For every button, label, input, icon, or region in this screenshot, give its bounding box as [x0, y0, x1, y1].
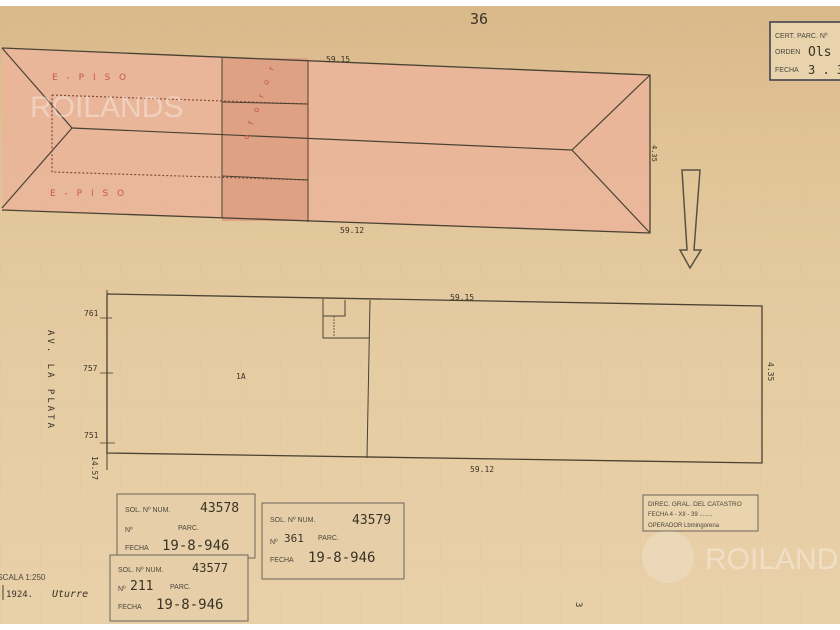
svg-text:FECHA 4 - XII - 39 ........: FECHA 4 - XII - 39 ........: [648, 512, 713, 518]
svg-text:DIREC. GRAL. DEL CATASTRO: DIREC. GRAL. DEL CATASTRO: [648, 501, 742, 508]
corner-stamp: CERT. PARC. Nº ORDEN Ols FECHA 3 . 3: [770, 22, 840, 80]
svg-text:361: 361: [284, 532, 304, 545]
svg-text:PARC.: PARC.: [318, 535, 339, 542]
svg-text:FECHA: FECHA: [270, 557, 294, 564]
svg-text:SOL. Nº NUM.: SOL. Nº NUM.: [270, 517, 315, 524]
upper-roof-plan: E - P I S O E - P I S O o f o r o r 59.1…: [2, 48, 658, 235]
svg-text:211: 211: [130, 579, 153, 594]
application-stamp-3: SOL. Nº NUM. 43577 Nº 211 PARC. FECHA 19…: [110, 555, 248, 621]
upper-bottom-dimension: 59.12: [340, 226, 364, 235]
svg-text:FECHA: FECHA: [125, 545, 149, 552]
svg-text:SOL. Nº NUM.: SOL. Nº NUM.: [125, 507, 170, 514]
door-number-3: 751: [84, 431, 99, 440]
lot-label: 1A: [236, 372, 246, 381]
upper-floor-label: E - P I S O: [52, 73, 129, 83]
lower-bottom-dimension: 59.12: [470, 465, 494, 474]
svg-text:3 . 3: 3 . 3: [808, 63, 840, 77]
svg-text:19-8-946: 19-8-946: [156, 597, 223, 613]
svg-text:OPERADOR Lbmingorena: OPERADOR Lbmingorena: [648, 523, 720, 529]
watermark-logo: [642, 531, 694, 583]
svg-text:SOL. Nº NUM.: SOL. Nº NUM.: [118, 567, 163, 574]
scale-note: ESCALA 1:250: [0, 573, 46, 582]
margin-mark: 3: [573, 602, 583, 607]
svg-text:43578: 43578: [200, 501, 239, 516]
svg-text:Ols: Ols: [808, 45, 831, 60]
lower-right-dimension: 4.35: [766, 362, 775, 381]
watermark-top: ROILANDS: [30, 91, 183, 124]
svg-text:ORDEN: ORDEN: [775, 49, 800, 56]
door-number-1: 761: [84, 309, 99, 318]
svg-text:FECHA: FECHA: [118, 604, 142, 611]
upper-right-dimension: 4.35: [650, 145, 658, 162]
svg-text:PARC.: PARC.: [170, 584, 191, 591]
svg-text:PARC.: PARC.: [178, 525, 199, 532]
svg-text:19-8-946: 19-8-946: [162, 538, 229, 554]
application-stamp-2: SOL. Nº NUM. 43579 Nº 361 PARC. FECHA 19…: [262, 503, 404, 579]
svg-text:43579: 43579: [352, 513, 391, 528]
page-number: 36: [470, 10, 488, 28]
svg-text:FECHA: FECHA: [775, 67, 799, 74]
signature: Uturre: [52, 589, 88, 600]
lower-top-dimension: 59.15: [450, 293, 474, 302]
svg-text:Nº: Nº: [125, 527, 133, 534]
svg-text:Nº: Nº: [118, 586, 126, 593]
corner-dimension: 14.57: [90, 456, 99, 480]
year-note: 1924.: [6, 590, 33, 600]
lower-floor-label: E - P I S O: [50, 189, 127, 199]
door-number-2: 757: [83, 364, 98, 373]
watermark-bottom: ROILANDS: [705, 543, 840, 576]
street-label: AV. LA PLATA: [45, 330, 55, 431]
svg-text:19-8-946: 19-8-946: [308, 550, 375, 566]
application-stamp-1: SOL. Nº NUM. 43578 Nº PARC. FECHA 19-8-9…: [117, 494, 255, 558]
scanned-plan-sheet: 36 E - P I S O E - P I S O o f o r o r 5…: [0, 6, 840, 624]
svg-text:43577: 43577: [192, 561, 228, 575]
svg-text:CERT. PARC. Nº: CERT. PARC. Nº: [775, 33, 828, 40]
upper-top-dimension: 59.15: [326, 55, 350, 64]
catastro-stamp: DIREC. GRAL. DEL CATASTRO FECHA 4 - XII …: [643, 495, 758, 531]
svg-text:Nº: Nº: [270, 539, 278, 546]
